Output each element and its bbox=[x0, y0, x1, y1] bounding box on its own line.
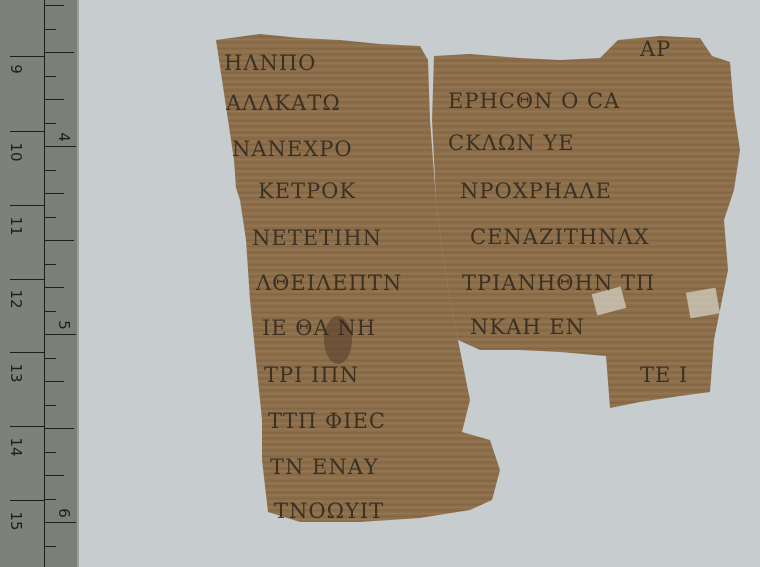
svg-text:ΕΡΗϹΘΝ Ο ϹΑ: ΕΡΗϹΘΝ Ο ϹΑ bbox=[448, 89, 620, 113]
tape-piece bbox=[686, 288, 720, 319]
svg-text:ΚΕΤΡΟΚ: ΚΕΤΡΟΚ bbox=[258, 179, 356, 203]
svg-text:ϹΚΛΩΝ ΥΕ: ϹΚΛΩΝ ΥΕ bbox=[448, 131, 575, 155]
svg-text:ΙΕ ΘΑ ΝΗ: ΙΕ ΘΑ ΝΗ bbox=[262, 316, 376, 340]
svg-text:ΗΛΝΠΟ: ΗΛΝΠΟ bbox=[224, 51, 316, 75]
svg-text:ΤΡΙ ΙΠΝ: ΤΡΙ ΙΠΝ bbox=[264, 363, 359, 387]
svg-text:ΝΚΑΗ ΕΝ: ΝΚΑΗ ΕΝ bbox=[470, 315, 585, 339]
svg-text:ΤΝ ΕΝΑΥ: ΤΝ ΕΝΑΥ bbox=[270, 455, 379, 479]
svg-text:ΤΡΙΑΝΗΘΗΝ ΤΠ: ΤΡΙΑΝΗΘΗΝ ΤΠ bbox=[462, 271, 655, 295]
svg-text:ΤΤΠ ΦΙΕϹ: ΤΤΠ ΦΙΕϹ bbox=[268, 409, 386, 433]
svg-text:ΑΛΛΚΑΤΩ: ΑΛΛΚΑΤΩ bbox=[225, 91, 341, 115]
svg-text:ΛΘΕΙΛΕΠΤΝ: ΛΘΕΙΛΕΠΤΝ bbox=[255, 271, 402, 295]
svg-text:ϹΕΝΑΖΙΤΗΝΛΧ: ϹΕΝΑΖΙΤΗΝΛΧ bbox=[470, 225, 650, 249]
svg-text:ΑΡ: ΑΡ bbox=[639, 37, 671, 61]
svg-text:ΤΕ Ι: ΤΕ Ι bbox=[640, 363, 688, 387]
svg-text:ΝΡΟΧΡΗΑΛΕ: ΝΡΟΧΡΗΑΛΕ bbox=[460, 179, 612, 203]
svg-text:ΝΕΤΕΤΙΗΝ: ΝΕΤΕΤΙΗΝ bbox=[252, 226, 382, 250]
papyrus-fragment: ΗΛΝΠΟ ΑΛΛΚΑΤΩ ΝΑΝΕΧΡΟ ΚΕΤΡΟΚ ΝΕΤΕΤΙΗΝ ΛΘ… bbox=[0, 0, 760, 567]
svg-text:ΤΝΟΩΥΙΤ: ΤΝΟΩΥΙΤ bbox=[274, 499, 384, 523]
svg-text:ΝΑΝΕΧΡΟ: ΝΑΝΕΧΡΟ bbox=[232, 137, 353, 161]
